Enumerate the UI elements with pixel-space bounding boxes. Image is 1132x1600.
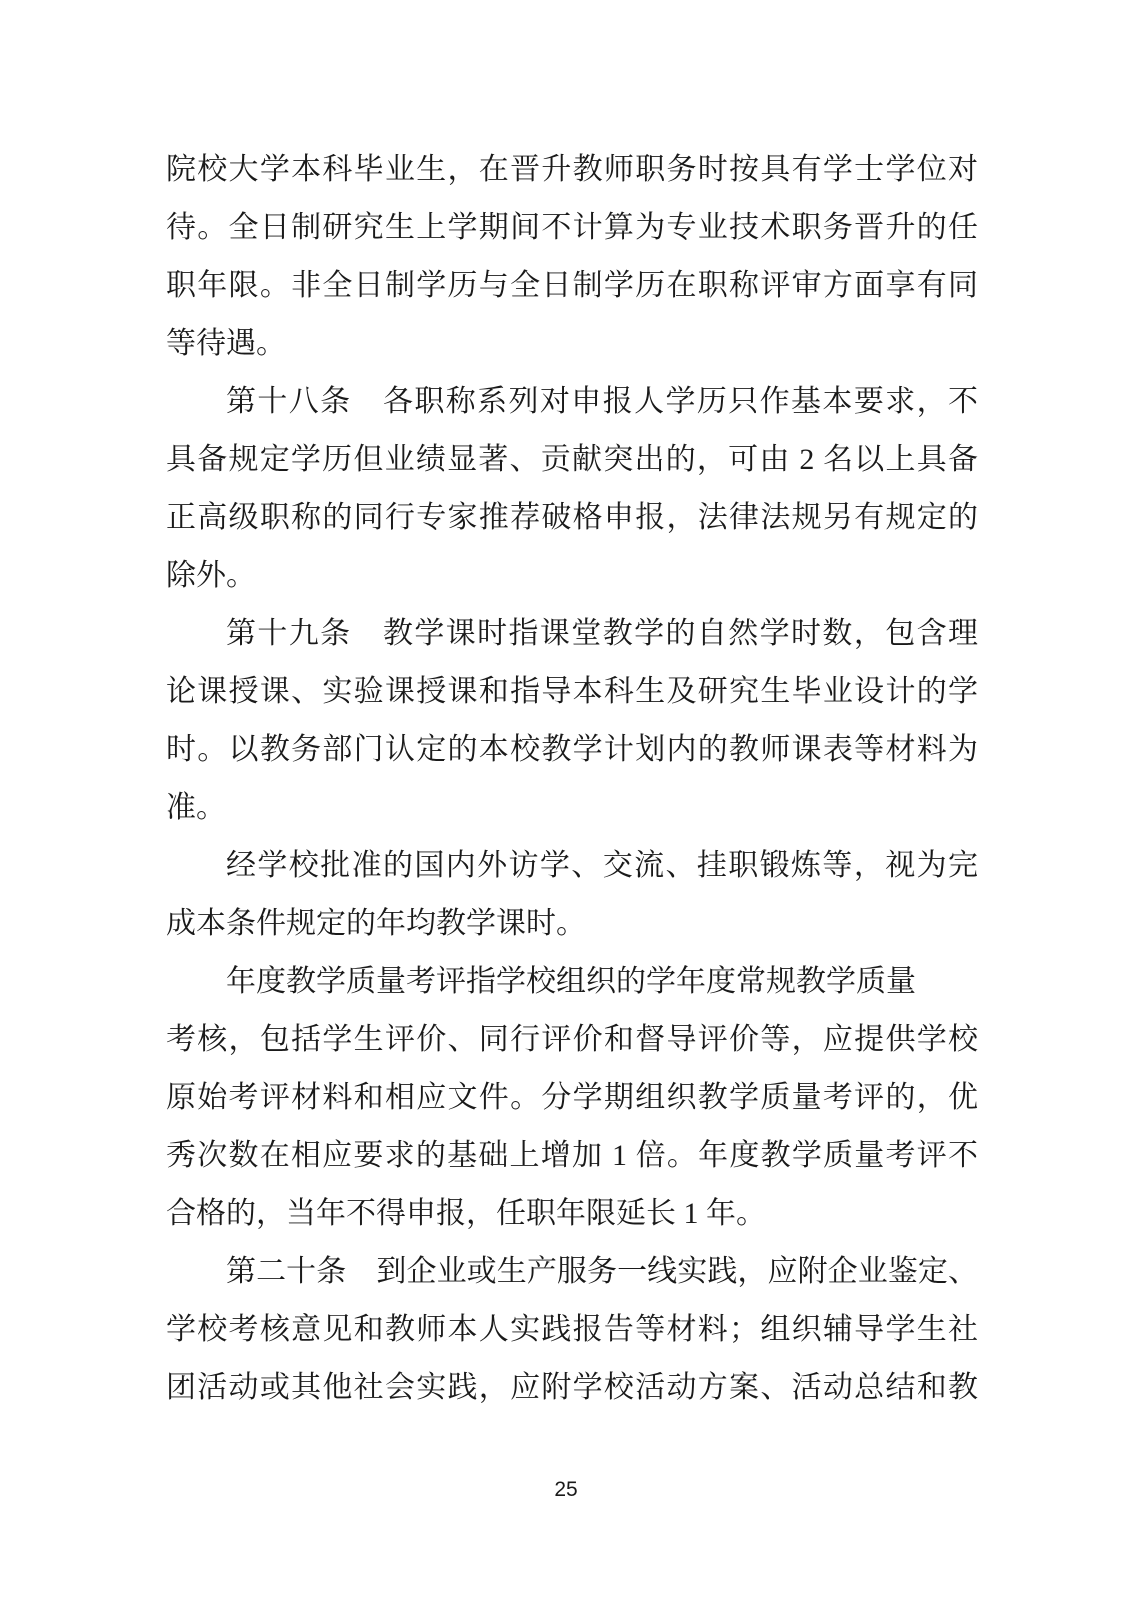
text-line: 等待遇。 — [166, 315, 978, 373]
text-line: 考核，包括学生评价、同行评价和督导评价等，应提供学校 — [166, 1011, 978, 1069]
paragraph: 第二十条 到企业或生产服务一线实践，应附企业鉴定、 学校考核意见和教师本人实践报… — [166, 1243, 978, 1417]
text-line: 时。以教务部门认定的本校教学计划内的教师课表等材料为 — [166, 721, 978, 779]
text-line: 待。全日制研究生上学期间不计算为专业技术职务晋升的任 — [166, 199, 978, 257]
text-line: 成本条件规定的年均教学课时。 — [166, 895, 978, 953]
text-line: 经学校批准的国内外访学、交流、挂职锻炼等，视为完 — [166, 837, 978, 895]
text-line: 正高级职称的同行专家推荐破格申报，法律法规另有规定的 — [166, 489, 978, 547]
text-line: 秀次数在相应要求的基础上增加 1 倍。年度教学质量考评不 — [166, 1127, 978, 1185]
page-number: 25 — [0, 1478, 1132, 1502]
text-line: 具备规定学历但业绩显著、贡献突出的，可由 2 名以上具备 — [166, 431, 978, 489]
document-page: 院校大学本科毕业生，在晋升教师职务时按具有学士学位对 待。全日制研究生上学期间不… — [0, 0, 1132, 1600]
text-line: 论课授课、实验课授课和指导本科生及研究生毕业设计的学 — [166, 663, 978, 721]
paragraph: 第十九条 教学课时指课堂教学的自然学时数，包含理 论课授课、实验课授课和指导本科… — [166, 605, 978, 837]
text-line: 院校大学本科毕业生，在晋升教师职务时按具有学士学位对 — [166, 141, 978, 199]
paragraph: 第十八条 各职称系列对申报人学历只作基本要求，不 具备规定学历但业绩显著、贡献突… — [166, 373, 978, 605]
text-line: 职年限。非全日制学历与全日制学历在职称评审方面享有同 — [166, 257, 978, 315]
text-line: 年度教学质量考评指学校组织的学年度常规教学质量 — [166, 953, 978, 1011]
text-line: 除外。 — [166, 547, 978, 605]
text-line: 原始考评材料和相应文件。分学期组织教学质量考评的，优 — [166, 1069, 978, 1127]
text-line: 第十八条 各职称系列对申报人学历只作基本要求，不 — [166, 373, 978, 431]
text-line: 团活动或其他社会实践，应附学校活动方案、活动总结和教 — [166, 1359, 978, 1417]
text-line: 合格的，当年不得申报，任职年限延长 1 年。 — [166, 1185, 978, 1243]
text-line: 学校考核意见和教师本人实践报告等材料；组织辅导学生社 — [166, 1301, 978, 1359]
text-line: 第十九条 教学课时指课堂教学的自然学时数，包含理 — [166, 605, 978, 663]
paragraph: 经学校批准的国内外访学、交流、挂职锻炼等，视为完 成本条件规定的年均教学课时。 — [166, 837, 978, 953]
body-text: 院校大学本科毕业生，在晋升教师职务时按具有学士学位对 待。全日制研究生上学期间不… — [166, 141, 978, 1417]
paragraph: 院校大学本科毕业生，在晋升教师职务时按具有学士学位对 待。全日制研究生上学期间不… — [166, 141, 978, 373]
paragraph: 年度教学质量考评指学校组织的学年度常规教学质量 考核，包括学生评价、同行评价和督… — [166, 953, 978, 1243]
text-line: 准。 — [166, 779, 978, 837]
text-line: 第二十条 到企业或生产服务一线实践，应附企业鉴定、 — [166, 1243, 978, 1301]
